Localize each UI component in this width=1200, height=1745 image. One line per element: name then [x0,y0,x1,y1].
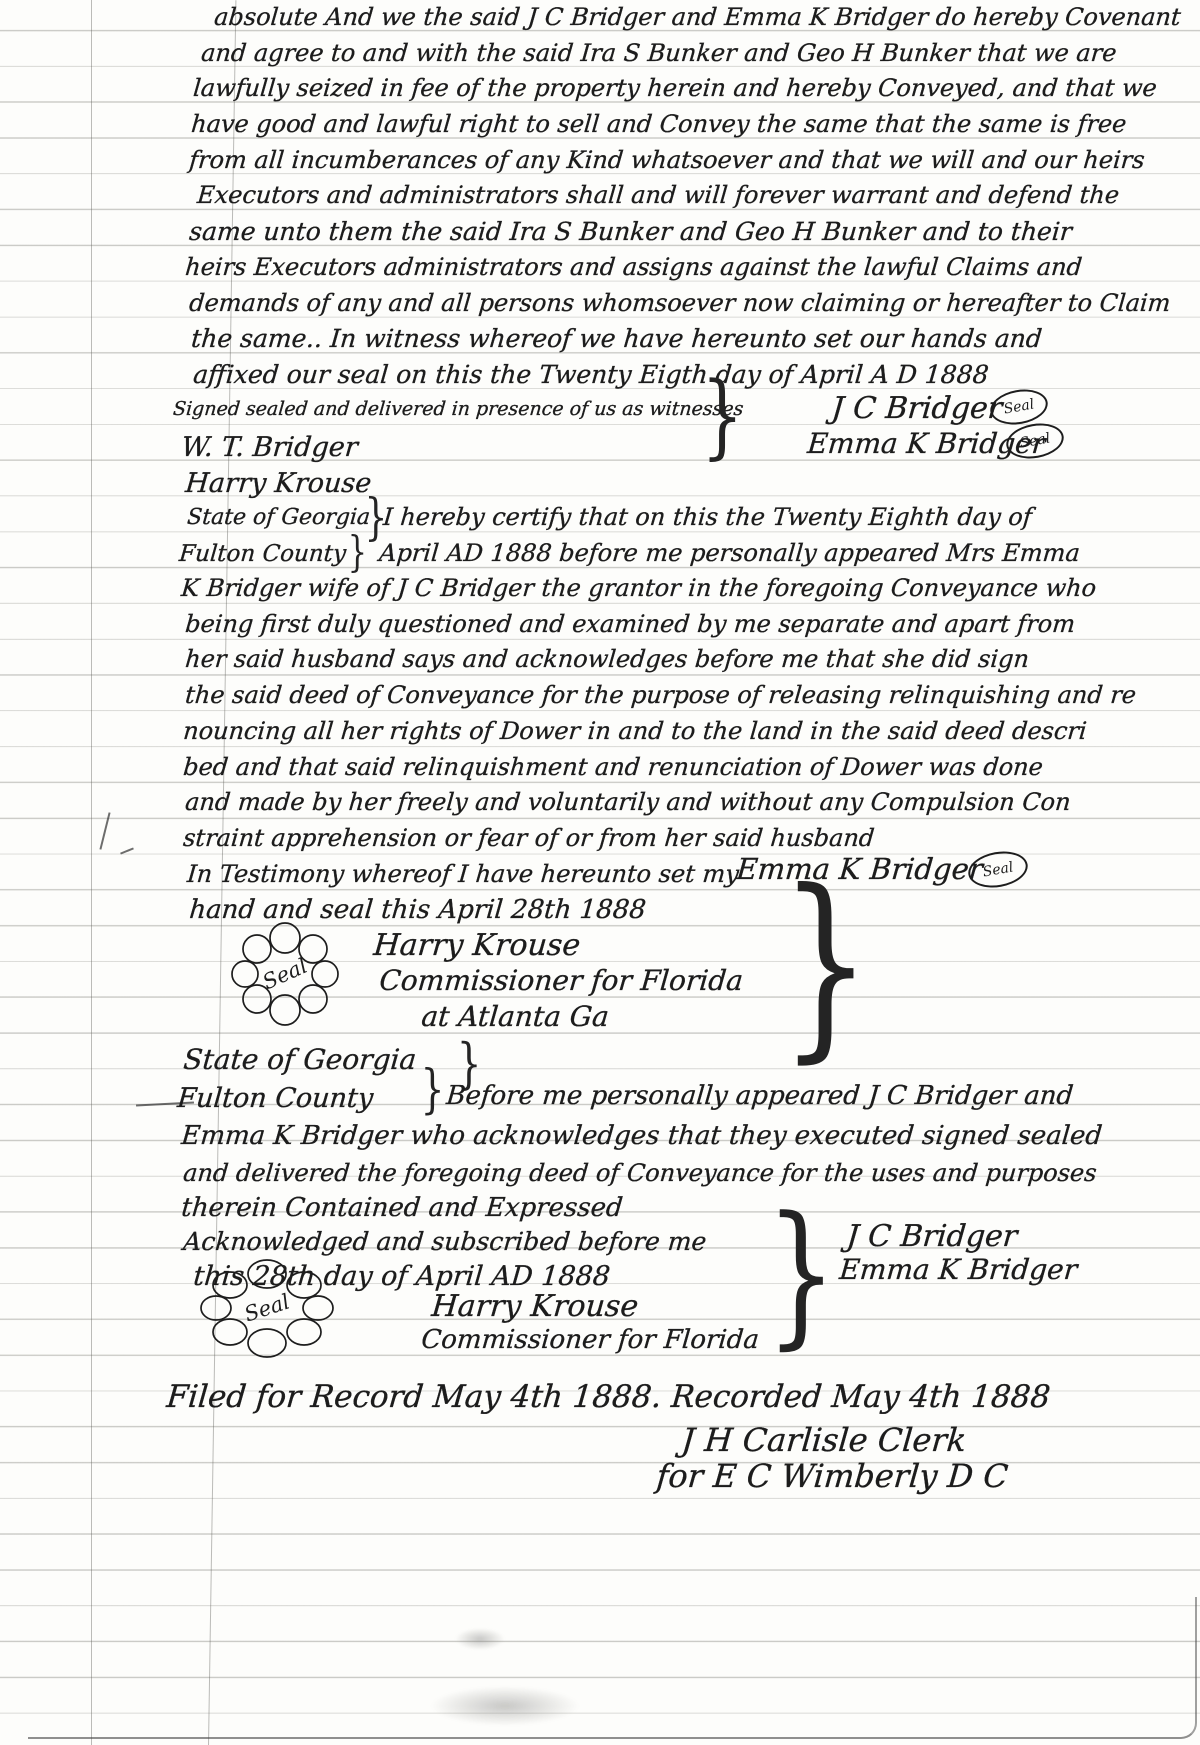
deed-body-line: same unto them the said Ira S Bunker and… [188,216,1073,247]
acknowledgment-line: Acknowledged and subscribed before me [182,1226,708,1257]
certificate-line: bed and that said relinquishment and ren… [182,752,1044,782]
grantor-signature: J C Bridger [845,1218,1019,1256]
officer-title: Commissioner for Florida [420,1324,760,1357]
filing-record-line: Filed for Record May 4th 1888. Recorded … [165,1378,1052,1417]
deed-body-line: absolute And we the said J C Bridger and… [213,2,1182,32]
certificate-line: and made by her freely and voluntarily a… [184,787,1072,817]
deed-body-line: the same.. In witness whereof we have he… [190,323,1043,354]
seal-label: Seal [241,1289,292,1326]
witness-brace: } [701,372,743,459]
deed-body-line: have good and lawful right to sell and C… [190,109,1128,139]
deed-body-line: and agree to and with the said Ira S Bun… [200,38,1118,68]
officer-name: Harry Krouse [430,1288,640,1326]
certificate-line: K Bridger wife of J C Bridger the granto… [180,573,1097,603]
certificate-line: being first duly questioned and examined… [184,609,1076,639]
deed-body-line: affixed our seal on this the Twenty Eigt… [192,359,990,390]
attestation-line: Signed sealed and delivered in presence … [172,398,744,422]
acknowledgment-line: therein Contained and Expressed [180,1192,624,1225]
venue-brace: } [421,1066,445,1115]
venue-brace: } [348,532,367,572]
certificate-line: In Testimony whereof I have hereunto set… [186,859,740,889]
officer-title: Commissioner for Florida [378,963,745,998]
officer-name: Harry Krouse [372,927,582,965]
witness-signature: Harry Krouse [184,467,373,501]
stray-mark [120,847,134,854]
clerk-signature: J H Carlisle Clerk [680,1420,968,1460]
scan-page-edge [28,1597,1197,1739]
certificate-line: her said husband says and acknowledges b… [184,644,1030,674]
seal-label: Seal [1002,396,1035,417]
certificate-brace: } [780,870,872,1060]
deed-body-line: Executors and administrators shall and w… [196,180,1120,210]
certificate-line: I hereby certify that on this the Twenty… [382,502,1033,532]
certificate-line: nouncing all her rights of Dower in and … [182,716,1088,746]
venue-state: State of Georgia [186,504,371,532]
venue-county: Fulton County [178,540,347,569]
acknowledgment-brace: } [766,1200,837,1347]
notary-seal-scribble: Seal [226,922,344,1026]
venue-county: Fulton County [176,1082,375,1116]
certificate-line: straint apprehension or fear of or from … [182,823,876,853]
officer-place: at Atlanta Ga [420,999,610,1034]
deed-body-line: heirs Executors administrators and assig… [184,252,1083,282]
stray-mark [99,812,110,849]
acknowledgment-line: Before me personally appeared J C Bridge… [445,1080,1075,1113]
certificate-line: the said deed of Conveyance for the purp… [184,680,1137,710]
acknowledgment-line: and delivered the foregoing deed of Conv… [182,1158,1098,1188]
seal-label: Seal [1018,430,1051,451]
witness-signature: W. T. Bridger [180,431,359,465]
deputy-clerk-signature: for E C Wimberly D C [655,1456,1010,1496]
grantor-signature: Emma K Bridger [838,1252,1079,1287]
venue-state: State of Georgia [182,1042,418,1077]
deed-body-line: demands of any and all persons whomsoeve… [188,288,1172,318]
deed-body-line: lawfully seized in fee of the property h… [192,73,1158,103]
deed-body-line: from all incumberances of any Kind whats… [188,145,1146,175]
deed-record-page: absolute And we the said J C Bridger and… [0,0,1200,1745]
margin-rule-left [91,0,92,1745]
notary-seal-scribble: Seal [192,1258,342,1358]
certificate-line: April AD 1888 before me personally appea… [378,538,1081,568]
grantor-signature: J C Bridger [830,390,1004,428]
seal-label: Seal [981,859,1014,880]
acknowledgment-line: Emma K Bridger who acknowledges that the… [180,1120,1104,1153]
